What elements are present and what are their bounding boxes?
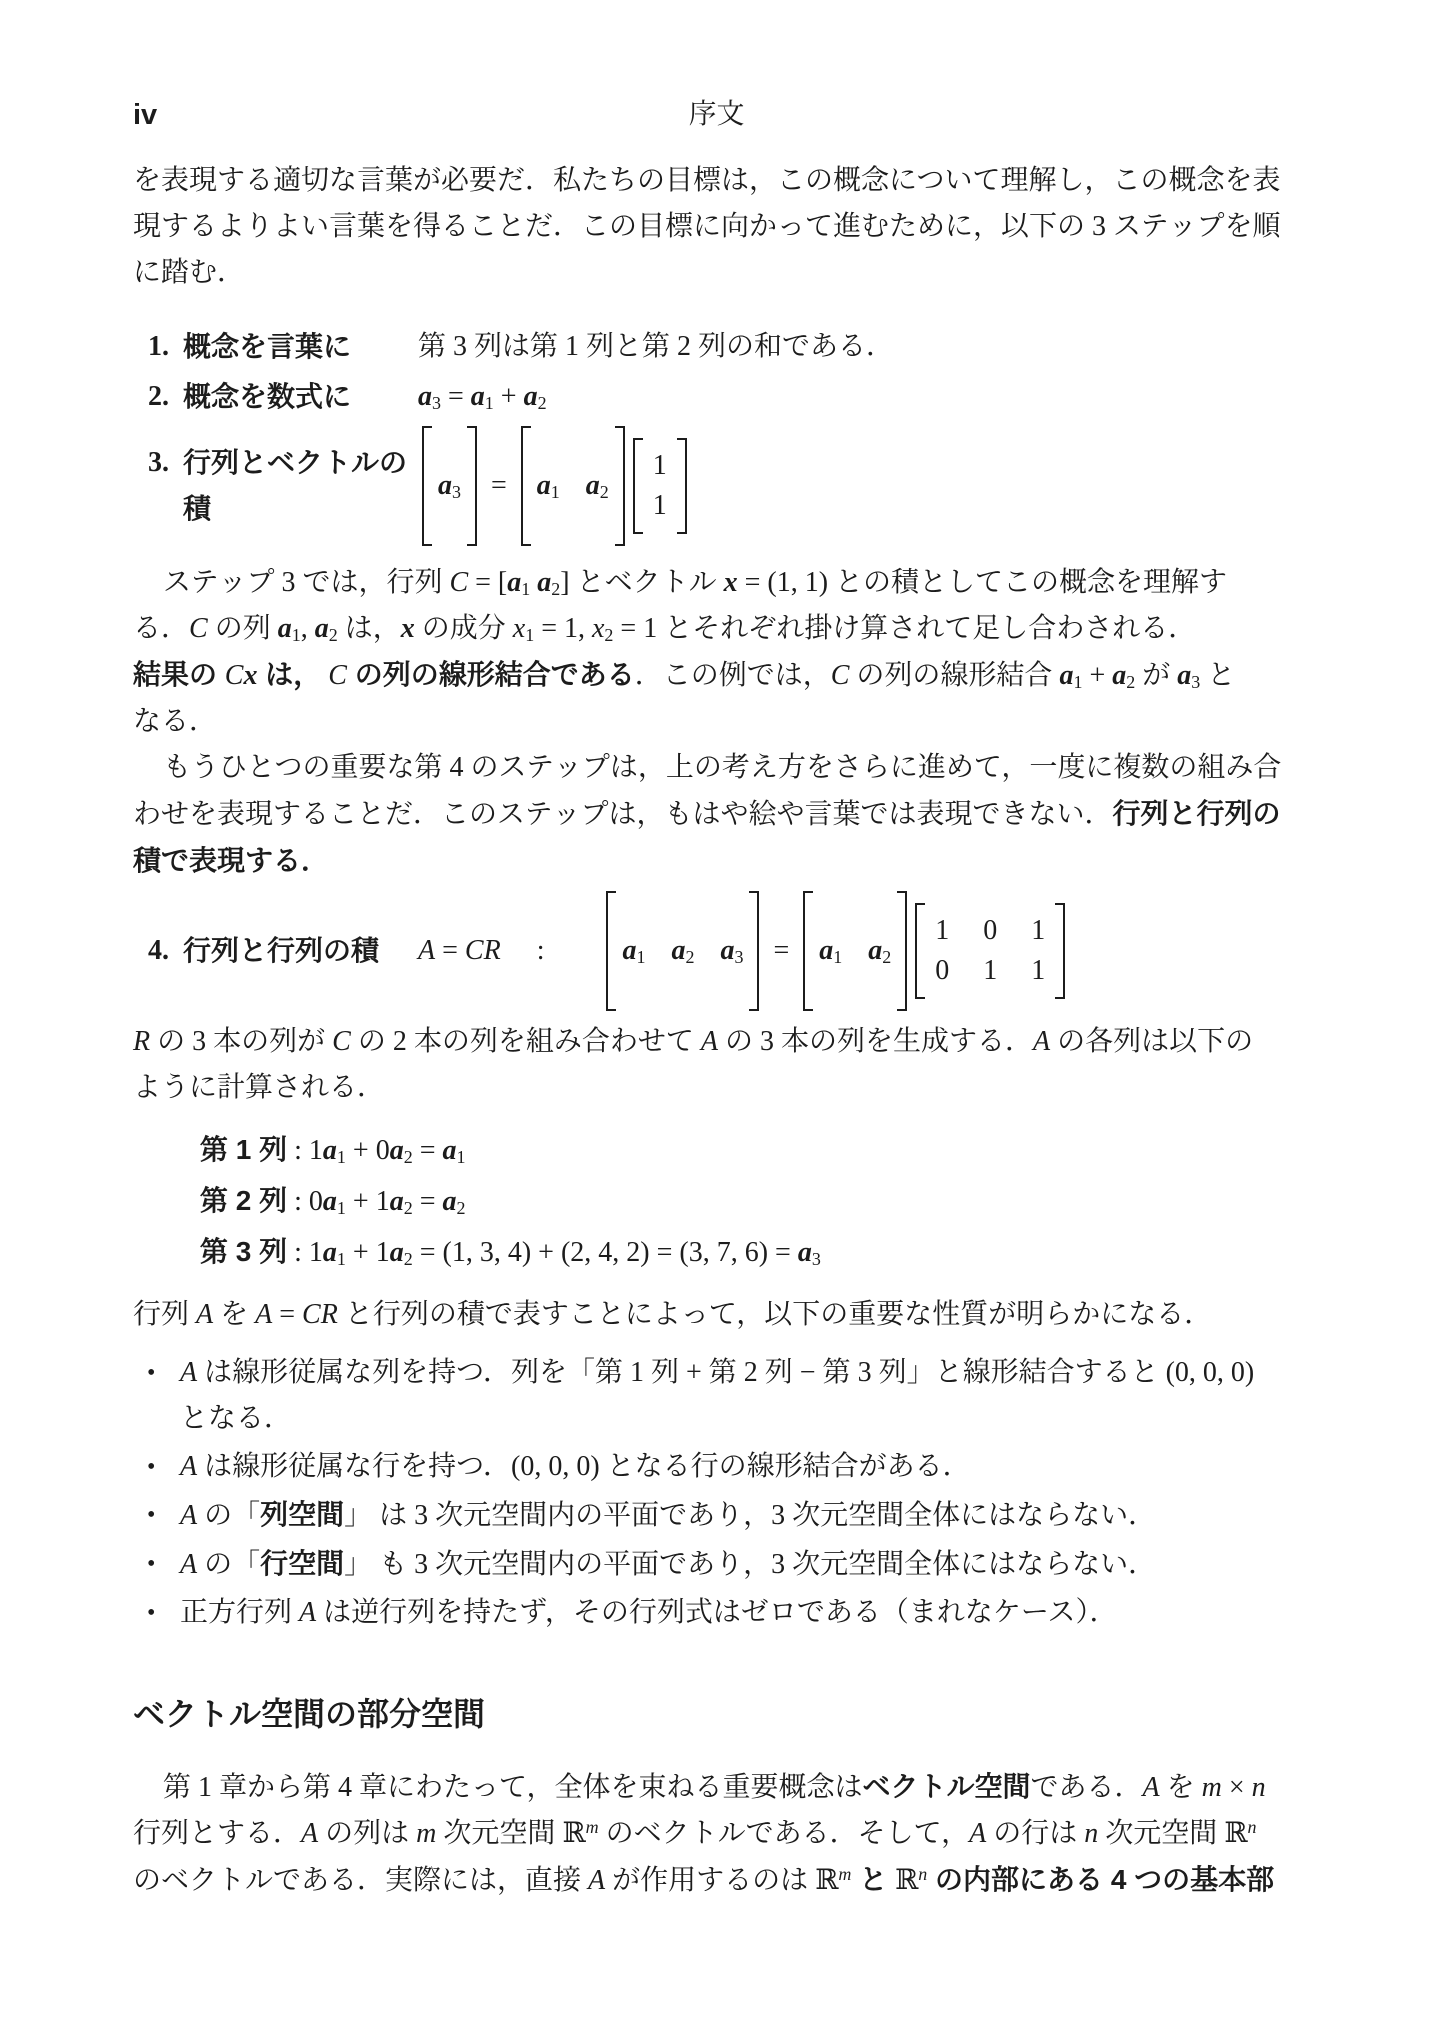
equation-operator: : <box>537 928 545 974</box>
text-segment: a2 <box>1112 660 1135 691</box>
text-line: 行列 A を A = CR と行列の積で表すことによって，以下の重要な性質が明ら… <box>133 1292 1300 1338</box>
text-segment: a3 <box>798 1237 821 1268</box>
text-line: のベクトルである．実際には，直接 A が作用するのは ℝm と ℝn の内部にあ… <box>133 1857 1300 1904</box>
text-segment: の列は <box>318 1818 416 1849</box>
text-segment: 1 <box>653 490 667 521</box>
text-segment: a2 <box>524 381 547 412</box>
text-segment: 」 は 3 次元空間内の平面であり，3 次元空間全体にはならない． <box>344 1500 1156 1531</box>
text-segment: + <box>494 381 524 412</box>
bullet-icon: • <box>147 1350 155 1396</box>
text-segment: A <box>180 1549 197 1580</box>
text-line: る．C の列 a1, a2 は，x の成分 x1 = 1, x2 = 1 とそれ… <box>133 606 1300 652</box>
text-segment: x <box>724 567 738 598</box>
text-segment: の成分 <box>415 613 513 644</box>
text-segment: , <box>301 613 315 644</box>
text-segment: a2 <box>671 935 694 966</box>
list-item-number: 1. <box>148 324 169 370</box>
text-segment: を <box>1160 1772 1202 1803</box>
text-segment: ℝm <box>815 1865 851 1896</box>
text-line: に踏む． <box>133 250 1300 296</box>
text-segment: = <box>491 470 507 501</box>
text-line: 現するよりよい言葉を得ることだ．この目標に向かって進むために，以下の 3 ステッ… <box>133 204 1300 250</box>
text-segment: x2 <box>592 613 613 644</box>
text-segment: x1 <box>513 613 534 644</box>
matrix-cell: a3 <box>720 931 743 971</box>
paragraph: ステップ 3 では，行列 C = [a1 a2] とベクトル x = (1, 1… <box>133 560 1300 745</box>
text-segment: は線形従属な行を持つ．(0, 0, 0) となる行の線形結合がある． <box>197 1451 971 1482</box>
bullet-item: •A の「列空間」 は 3 次元空間内の平面であり，3 次元空間全体にはならない… <box>133 1492 1300 1539</box>
text-segment: C <box>189 613 208 644</box>
text-segment: 1 <box>935 915 949 946</box>
text-segment: A <box>701 1026 718 1057</box>
text-segment: ℝn <box>1224 1818 1256 1849</box>
text-segment: となる． <box>180 1403 292 1434</box>
matrix-cell: a3 <box>438 466 461 506</box>
text-line: R の 3 本の列が C の 2 本の列を組み合わせて A の 3 本の列を生成… <box>133 1019 1300 1065</box>
text-segment: A <box>180 1500 197 1531</box>
text-segment: a1 <box>323 1237 346 1268</box>
text-segment: 現するよりよい言葉を得ることだ．この目標に向かって進むために，以下の 3 ステッ… <box>133 211 1280 242</box>
text-line: 第 1 列 : 1a1 + 0a2 = a1 <box>200 1125 1300 1176</box>
text-segment: もうひとつの重要な第 4 のステップは，上の考え方をさらに進めて，一度に複数の組… <box>163 752 1281 783</box>
spacer <box>133 296 1300 320</box>
page-content: を表現する適切な言葉が必要だ．私たちの目標は，この概念について理解し，この概念を… <box>133 158 1300 1904</box>
text-line: わせを表現することだ．このステップは，もはや絵や言葉では表現できない．行列と行列… <box>133 791 1300 838</box>
matrix-cell: 0 <box>979 911 1001 951</box>
text-segment: は逆行列を持たず，その行列式はゼロである（まれなケース）． <box>316 1597 1117 1628</box>
matrix: a3 <box>422 426 477 546</box>
text-segment: = <box>773 935 789 966</box>
matrix-row: a1a2 <box>537 466 609 506</box>
text-segment: が <box>1135 660 1177 691</box>
text-segment: のベクトルである．そして， <box>599 1818 969 1849</box>
matrix-row: a3 <box>438 466 461 506</box>
list-item-label: 概念を数式に <box>183 374 351 420</box>
text-line: なる． <box>133 699 1300 745</box>
text-line: •A の「列空間」 は 3 次元空間内の平面であり，3 次元空間全体にはならない… <box>133 1492 1300 1539</box>
matrix-cell: a2 <box>586 466 609 506</box>
text-segment: A <box>180 1357 197 1388</box>
matrix-row: 1 <box>649 486 671 526</box>
text-segment: の列の線形結合である <box>347 659 635 690</box>
text-segment: A <box>969 1818 986 1849</box>
text-segment: は， <box>257 659 321 690</box>
text-segment: 次元空間 <box>1098 1818 1224 1849</box>
text-segment: 1 <box>1031 915 1045 946</box>
text-segment: 0 <box>935 955 949 986</box>
text-segment: と <box>1200 660 1235 691</box>
text-segment: A <box>299 1597 316 1628</box>
text-segment: と <box>851 1864 895 1895</box>
page-header: iv 序文 <box>133 92 1300 130</box>
text-segment: 1 <box>309 1135 323 1166</box>
paragraph: 第 1 章から第 4 章にわたって，全体を束ねる重要概念はベクトル空間である．A… <box>133 1764 1300 1904</box>
matrix-cell: 1 <box>931 911 953 951</box>
matrix-cell: 1 <box>979 951 1001 991</box>
text-segment: a2 <box>390 1135 413 1166</box>
text-line: を表現する適切な言葉が必要だ．私たちの目標は，この概念について理解し，この概念を… <box>133 158 1300 204</box>
text-segment: のベクトルである．実際には，直接 <box>133 1865 588 1896</box>
text-segment: + 1 <box>346 1237 390 1268</box>
text-segment: は線形従属な列を持つ．列を「第 1 列 + 第 2 列 − 第 3 列」と線形結… <box>197 1357 1254 1388</box>
text-segment: = 1 とそれぞれ掛け算されて足し合わされる． <box>613 613 1196 644</box>
text-segment: a1 <box>323 1186 346 1217</box>
text-segment: の行は <box>986 1818 1084 1849</box>
list-item: 4.行列と行列の積A = CR:a1a2a3=a1a2101011 <box>133 891 1300 1011</box>
text-segment: 次元空間 <box>436 1818 562 1849</box>
text-segment: CR <box>302 1299 338 1330</box>
text-segment: る． <box>133 613 189 644</box>
text-segment: に踏む． <box>133 257 245 288</box>
text-segment: + 1 <box>346 1186 390 1217</box>
list-item-head: 3.行列とベクトルの積 <box>133 440 418 532</box>
matrix-cell: a2 <box>671 931 694 971</box>
matrix-cell: a1 <box>819 931 842 971</box>
matrix: a1a2 <box>803 891 907 1011</box>
matrix: 101011 <box>915 903 1065 999</box>
text-segment: a1 <box>537 470 560 501</box>
text-segment: R <box>133 1026 150 1057</box>
text-segment: の 2 本の列を組み合わせて <box>351 1026 701 1057</box>
text-segment: ．この例では， <box>635 660 831 691</box>
text-segment: が作用するのは <box>605 1865 815 1896</box>
text-segment: 0 <box>983 915 997 946</box>
paragraph: R の 3 本の列が C の 2 本の列を組み合わせて A の 3 本の列を生成… <box>133 1019 1300 1111</box>
text-segment: C <box>225 660 244 691</box>
matrix-row: 101 <box>931 911 1049 951</box>
matrix: a1a2 <box>521 426 625 546</box>
text-segment: 第 3 列は第 1 列と第 2 列の和である． <box>418 331 894 362</box>
text-segment: a2 <box>868 935 891 966</box>
paragraph: を表現する適切な言葉が必要だ．私たちの目標は，この概念について理解し，この概念を… <box>133 158 1300 296</box>
matrix-cell: a1 <box>622 931 645 971</box>
list-item-label: 行列とベクトルの積 <box>183 440 418 532</box>
text-segment: 行列とする． <box>133 1818 301 1849</box>
text-segment: ステップ 3 では，行列 <box>163 567 449 598</box>
text-line: 行列とする．A の列は m 次元空間 ℝm のベクトルである．そして，A の行は… <box>133 1811 1300 1857</box>
text-segment: わせを表現することだ．このステップは，もはや絵や言葉では表現できない． <box>133 799 1112 830</box>
text-segment: = <box>413 1135 443 1166</box>
equation: a3=a1a211 <box>418 426 691 546</box>
text-segment: 行列 <box>133 1299 196 1330</box>
text-segment: A <box>301 1818 318 1849</box>
bullet-icon: • <box>147 1492 155 1538</box>
text-segment: を表現する適切な言葉が必要だ．私たちの目標は，この概念について理解し，この概念を… <box>133 165 1280 196</box>
matrix-cell: a1 <box>537 466 560 506</box>
matrix-cell: 1 <box>1027 911 1049 951</box>
list-item-number: 2. <box>148 374 169 420</box>
text-segment: なる． <box>133 706 217 737</box>
text-segment: : <box>287 1237 309 1268</box>
text-segment: a1 <box>819 935 842 966</box>
list-item-body: 第 3 列は第 1 列と第 2 列の和である． <box>418 324 894 370</box>
text-segment: CR <box>465 935 501 966</box>
text-segment: = [ <box>468 567 507 598</box>
text-segment: の列 <box>208 613 278 644</box>
text-segment: ] とベクトル <box>560 567 723 598</box>
paragraph: 第 1 列 : 1a1 + 0a2 = a1第 2 列 : 0a1 + 1a2 … <box>200 1125 1300 1278</box>
text-segment: の 3 本の列が <box>150 1026 332 1057</box>
list-item-label: 概念を言葉に <box>183 324 351 370</box>
text-segment: 第 1 章から第 4 章にわたって，全体を束ねる重要概念は <box>163 1772 862 1803</box>
list-item: 2.概念を数式にa3 = a1 + a2 <box>133 374 1300 420</box>
text-segment: + 0 <box>346 1135 390 1166</box>
running-head-title: 序文 <box>688 92 744 138</box>
text-segment: C <box>328 660 347 691</box>
text-segment: ように計算される． <box>133 1072 385 1103</box>
text-segment: 0 <box>309 1186 323 1217</box>
text-segment: A <box>588 1865 605 1896</box>
text-segment: 1 <box>983 955 997 986</box>
text-line: 第 2 列 : 0a1 + 1a2 = a2 <box>200 1176 1300 1227</box>
bullet-item: •A は線形従属な行を持つ．(0, 0, 0) となる行の線形結合がある． <box>133 1444 1300 1490</box>
list-item-number: 3. <box>148 440 169 532</box>
matrix-cell: a2 <box>868 931 891 971</box>
text-segment: の列の線形結合 <box>849 660 1059 691</box>
text-line: •正方行列 A は逆行列を持たず，その行列式はゼロである（まれなケース）． <box>133 1590 1300 1636</box>
text-line: •A は線形従属な列を持つ．列を「第 1 列 + 第 2 列 − 第 3 列」と… <box>133 1350 1300 1396</box>
text-line: ステップ 3 では，行列 C = [a1 a2] とベクトル x = (1, 1… <box>133 560 1300 606</box>
text-segment: 結果の <box>133 659 225 690</box>
page-number: iv <box>133 99 157 131</box>
text-segment: 」 も 3 次元空間内の平面であり，3 次元空間全体にはならない． <box>344 1549 1156 1580</box>
text-segment: の 3 本の列を生成する． <box>718 1026 1033 1057</box>
bullet-item: •正方行列 A は逆行列を持たず，その行列式はゼロである（まれなケース）． <box>133 1590 1300 1636</box>
paragraph: もうひとつの重要な第 4 のステップは，上の考え方をさらに進めて，一度に複数の組… <box>133 745 1300 885</box>
text-segment: を <box>213 1299 255 1330</box>
text-segment: x <box>401 613 415 644</box>
text-segment: : <box>287 1186 309 1217</box>
bullet-icon: • <box>147 1444 155 1490</box>
text-segment: C <box>332 1026 351 1057</box>
list-item: 3.行列とベクトルの積a3=a1a211 <box>133 426 1300 546</box>
text-segment: 積で表現する． <box>133 845 329 876</box>
matrix-row: a1a2a3 <box>622 931 743 971</box>
text-segment: a1 <box>1059 660 1082 691</box>
equation-operator: = <box>491 463 507 509</box>
text-segment: 第 1 列 <box>200 1134 287 1165</box>
text-segment: と行列の積で表すことによって，以下の重要な性質が明らかになる． <box>338 1299 1212 1330</box>
text-segment: A <box>255 1299 272 1330</box>
text-segment: C <box>831 660 850 691</box>
text-segment: C <box>449 567 468 598</box>
text-segment: 1 <box>309 1237 323 1268</box>
text-segment: の「 <box>197 1549 260 1580</box>
text-segment: 行列と行列の <box>1112 798 1280 829</box>
text-segment: n <box>1084 1818 1098 1849</box>
text-segment: a3 <box>720 935 743 966</box>
bullet-icon: • <box>147 1541 155 1587</box>
text-segment: a1 <box>622 935 645 966</box>
paragraph: 行列 A を A = CR と行列の積で表すことによって，以下の重要な性質が明ら… <box>133 1292 1300 1338</box>
equation: A = CR:a1a2a3=a1a2101011 <box>418 891 1069 1011</box>
text-line: •A の「行空間」 も 3 次元空間内の平面であり，3 次元空間全体にはならない… <box>133 1541 1300 1588</box>
text-line: 積で表現する． <box>133 838 1300 885</box>
text-line: 結果の Cx は， C の列の線形結合である．この例では，C の列の線形結合 a… <box>133 652 1300 699</box>
text-segment: a3 <box>438 470 461 501</box>
bullet-list: •A は線形従属な列を持つ．列を「第 1 列 + 第 2 列 − 第 3 列」と… <box>133 1350 1300 1636</box>
text-line: •A は線形従属な行を持つ．(0, 0, 0) となる行の線形結合がある． <box>133 1444 1300 1490</box>
text-segment: × <box>1222 1772 1252 1803</box>
list-item-head: 1.概念を言葉に <box>133 324 418 370</box>
text-segment: a2 <box>443 1186 466 1217</box>
section-heading: ベクトル空間の部分空間 <box>133 1692 1300 1736</box>
list-item-label: 行列と行列の積 <box>183 928 379 974</box>
text-segment: は， <box>338 613 401 644</box>
text-line: 第 1 章から第 4 章にわたって，全体を束ねる重要概念はベクトル空間である．A… <box>133 1764 1300 1811</box>
equation-operator: A = CR <box>418 928 501 974</box>
text-segment: の内部にある 4 つの基本部 <box>927 1864 1274 1895</box>
equation-operator: = <box>773 928 789 974</box>
matrix-cell: 1 <box>1027 951 1049 991</box>
text-segment: 正方行列 <box>180 1597 299 1628</box>
matrix-cell: 1 <box>649 446 671 486</box>
text-segment: 第 3 列 <box>200 1236 287 1267</box>
text-segment: a2 <box>390 1237 413 1268</box>
text-segment: a2 <box>586 470 609 501</box>
text-segment: の各列は以下の <box>1050 1026 1253 1057</box>
text-segment: a1 <box>323 1135 346 1166</box>
text-line: 第 3 列 : 1a1 + 1a2 = (1, 3, 4) + (2, 4, 2… <box>200 1227 1300 1278</box>
text-segment: ℝm <box>562 1818 598 1849</box>
text-segment: = 1, <box>534 613 592 644</box>
text-segment: m <box>1202 1772 1222 1803</box>
text-line: もうひとつの重要な第 4 のステップは，上の考え方をさらに進めて，一度に複数の組… <box>133 745 1300 791</box>
text-segment: 1 <box>653 450 667 481</box>
text-segment: A <box>418 935 435 966</box>
list-item-head: 4.行列と行列の積 <box>133 928 418 974</box>
text-segment: ベクトル空間 <box>862 1771 1030 1802</box>
matrix-cell: 0 <box>931 951 953 991</box>
text-segment: n <box>1252 1772 1266 1803</box>
text-segment: A <box>1033 1026 1050 1057</box>
text-segment: = <box>272 1299 302 1330</box>
text-segment: = <box>413 1186 443 1217</box>
text-segment: = <box>435 935 465 966</box>
text-segment: a1 <box>507 567 530 598</box>
text-segment: 1 <box>1031 955 1045 986</box>
text-segment: 列空間 <box>260 1499 344 1530</box>
text-segment: a3 <box>418 381 441 412</box>
matrix-row: 011 <box>931 951 1049 991</box>
text-segment: a2 <box>315 613 338 644</box>
text-line: ように計算される． <box>133 1065 1300 1111</box>
text-segment: m <box>416 1818 436 1849</box>
bullet-icon: • <box>147 1590 155 1636</box>
matrix: a1a2a3 <box>606 891 759 1011</box>
document-page: iv 序文 を表現する適切な言葉が必要だ．私たちの目標は，この概念について理解し… <box>0 0 1433 2024</box>
list-item-number: 4. <box>148 928 169 974</box>
text-segment: = <box>441 381 471 412</box>
text-segment: : <box>537 935 545 966</box>
text-segment: a1 <box>471 381 494 412</box>
matrix-row: 1 <box>649 446 671 486</box>
text-segment: a1 <box>278 613 301 644</box>
text-segment: a2 <box>537 567 560 598</box>
text-segment: ℝn <box>895 1865 927 1896</box>
text-line: となる． <box>133 1396 1300 1442</box>
text-segment: A <box>1142 1772 1159 1803</box>
list-item-head: 2.概念を数式に <box>133 374 418 420</box>
text-segment: A <box>196 1299 213 1330</box>
text-segment: : <box>287 1135 309 1166</box>
text-segment: 行空間 <box>260 1548 344 1579</box>
text-segment: a3 <box>1177 660 1200 691</box>
text-segment: x <box>243 660 257 691</box>
text-segment: A <box>180 1451 197 1482</box>
text-segment: + <box>1082 660 1112 691</box>
matrix-row: a1a2 <box>819 931 891 971</box>
list-item: 1.概念を言葉に第 3 列は第 1 列と第 2 列の和である． <box>133 324 1300 370</box>
matrix-cell: 1 <box>649 486 671 526</box>
text-segment: である． <box>1030 1772 1142 1803</box>
bullet-item: •A の「行空間」 も 3 次元空間内の平面であり，3 次元空間全体にはならない… <box>133 1541 1300 1588</box>
bullet-item: •A は線形従属な列を持つ．列を「第 1 列 + 第 2 列 − 第 3 列」と… <box>133 1350 1300 1442</box>
list-item-body: a3 = a1 + a2 <box>418 374 547 420</box>
text-segment: a1 <box>443 1135 466 1166</box>
text-segment: 第 2 列 <box>200 1185 287 1216</box>
text-segment: = (1, 1) との積としてこの概念を理解す <box>738 567 1227 598</box>
text-segment: の「 <box>197 1500 260 1531</box>
text-segment: a2 <box>390 1186 413 1217</box>
text-segment: = (1, 3, 4) + (2, 4, 2) = (3, 7, 6) = <box>413 1237 798 1268</box>
matrix: 11 <box>633 438 687 534</box>
